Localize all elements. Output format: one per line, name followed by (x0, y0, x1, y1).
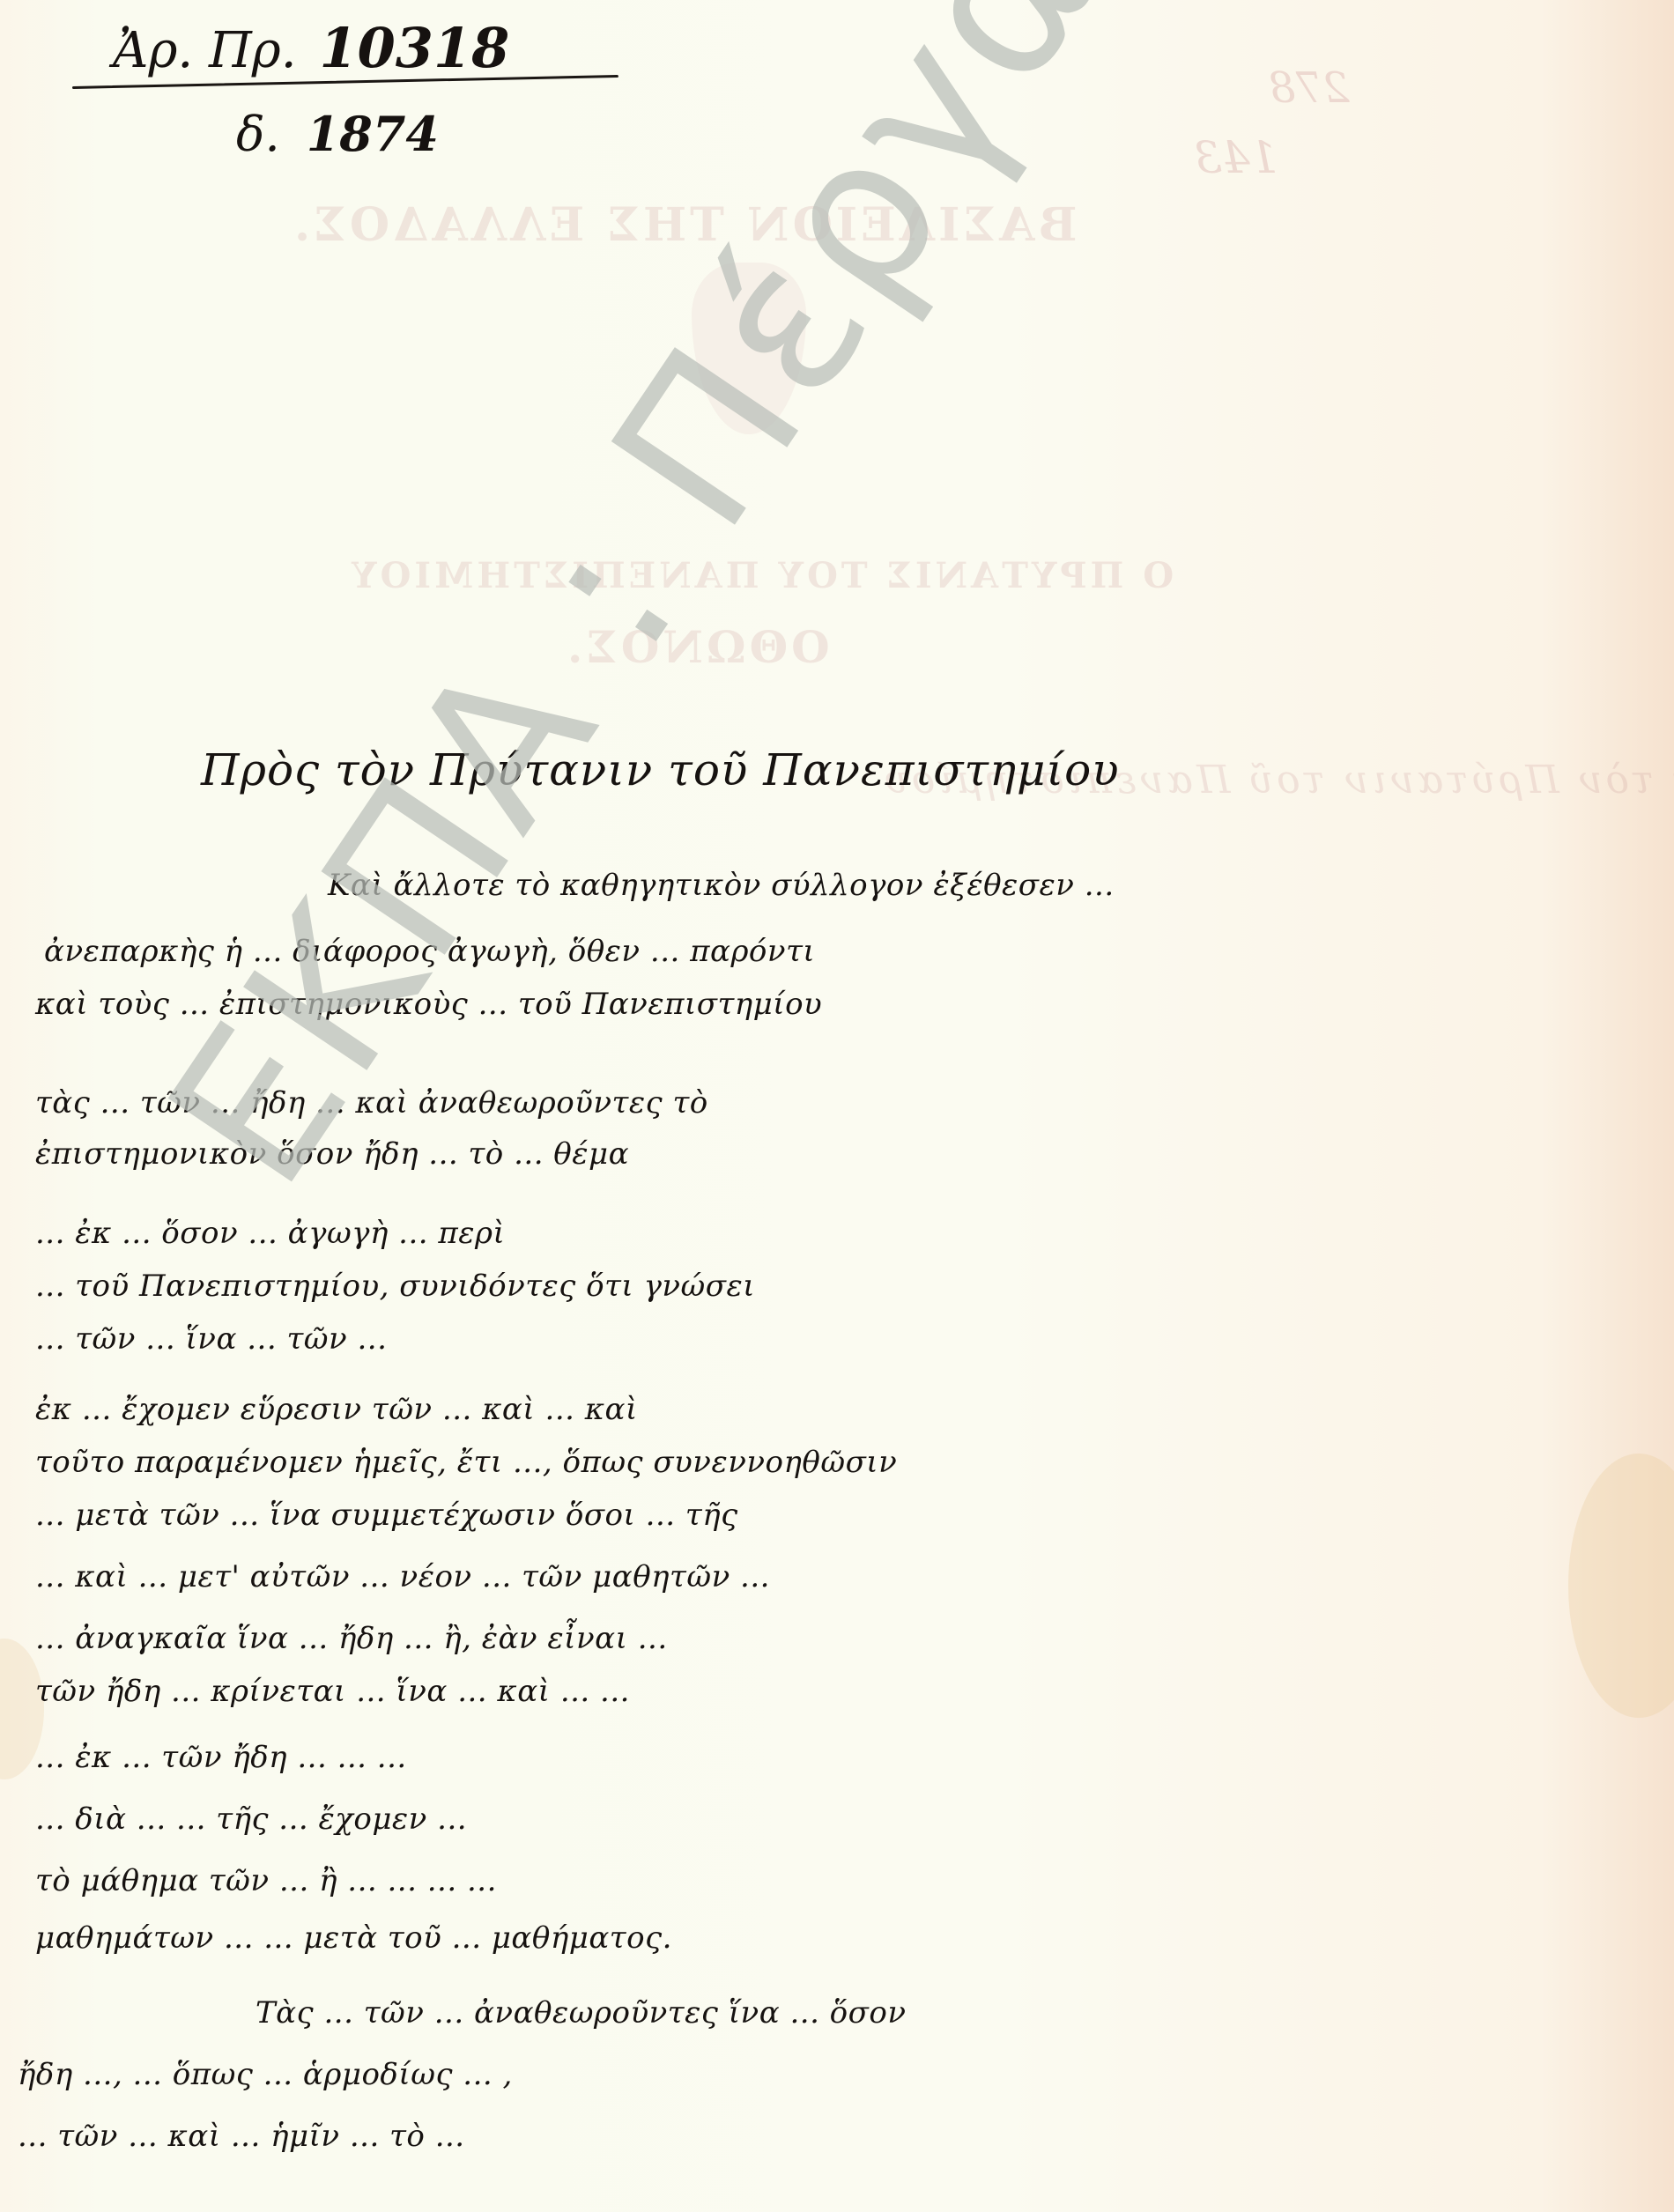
bleed-through-number: 278 (1269, 63, 1350, 113)
bleed-through-letterhead: ΒΑΣΙΛΕΙΟΝ ΤΗΣ ΕΛΛΑΔΟΣ. (291, 198, 1078, 252)
body-line: τὸ μάθημα τῶν ... ἢ ... ... ... ... (35, 1863, 497, 1898)
body-line: Καὶ ἄλλοτε τὸ καθηγητικὸν σύλλογον ἐξέθε… (328, 868, 1115, 903)
body-line: ... ἐκ ... ὅσον ... ἀγωγὴ ... περὶ (35, 1216, 505, 1251)
body-line: τὰς ... τῶν ... ἤδη ... καὶ ἀναθεωροῦντε… (35, 1085, 708, 1121)
body-line: ... τῶν ... καὶ ... ἡμῖν ... τὸ ... (18, 2119, 465, 2154)
year-label: δ. (236, 107, 280, 162)
body-line: ἤδη ..., ... ὅπως ... ἁρμοδίως ... , (18, 2057, 513, 2092)
body-line: μαθημάτων ... ... μετὰ τοῦ ... μαθήματος… (35, 1920, 672, 1956)
year-value: 1874 (307, 106, 439, 162)
body-line: καὶ τοὺς ... ἐπιστημονικοὺς ... τοῦ Πανε… (35, 987, 822, 1022)
bleed-through-number: 143 (1194, 132, 1278, 183)
protocol-label: Ἀρ. Πρ. (113, 22, 297, 79)
body-line: ... ἐκ ... τῶν ἤδη ... ... ... (35, 1740, 407, 1775)
bleed-through-letterhead: ΟΘΩΝΟΣ. (564, 621, 830, 673)
body-line: ... τοῦ Πανεπιστημίου, συνιδόντες ὅτι γν… (35, 1269, 755, 1304)
body-line: τοῦτο παραμένομεν ἡμεῖς, ἔτι ..., ὅπως σ… (35, 1445, 897, 1480)
bleed-through-letterhead: Ο ΠΡΥΤΑΝΙΣ ΤΟΥ ΠΑΝΕΠΙΣΤΗΜΙΟΥ (348, 555, 1174, 596)
letter-heading: Πρὸς τὸν Πρύτανιν τοῦ Πανεπιστημίου (201, 744, 1120, 795)
body-line: ... μετὰ τῶν ... ἵνα συμμετέχωσιν ὅσοι .… (35, 1498, 738, 1533)
body-line: ... καὶ ... μετ' αὐτῶν ... νέον ... τῶν … (35, 1559, 770, 1594)
body-line: ... διὰ ... ... τῆς ... ἔχομεν ... (35, 1801, 467, 1837)
body-line: Τὰς ... τῶν ... ἀναθεωροῦντες ἵνα ... ὅσ… (256, 1995, 907, 2031)
body-line: ... ἀναγκαῖα ἵνα ... ἤδη ... ἢ, ἐὰν εἶνα… (35, 1621, 668, 1656)
protocol-year: δ.1874 (236, 106, 439, 162)
protocol-reference: Ἀρ. Πρ.10318 (113, 16, 509, 80)
body-line: ἐκ ... ἔχομεν εὕρεσιν τῶν ... καὶ ... κα… (35, 1392, 638, 1427)
body-line: τῶν ἤδη ... κρίνεται ... ἵνα ... καὶ ...… (35, 1674, 630, 1709)
protocol-number: 10318 (320, 16, 510, 80)
body-line: ἐπιστημονικὸν ὅσον ἤδη ... τὸ ... θέμα (35, 1136, 629, 1172)
archive-watermark: ΕΚΠΑ : Πέργαμος (123, 0, 1360, 1225)
bleed-through-crest-icon (692, 263, 806, 434)
body-line: ἀνεπαρκὴς ἡ ... διάφορος ἀγωγὴ, ὅθεν ...… (44, 934, 815, 969)
body-line: ... τῶν ... ἵνα ... τῶν ... (35, 1321, 387, 1357)
paper-stain (1568, 1454, 1674, 1718)
